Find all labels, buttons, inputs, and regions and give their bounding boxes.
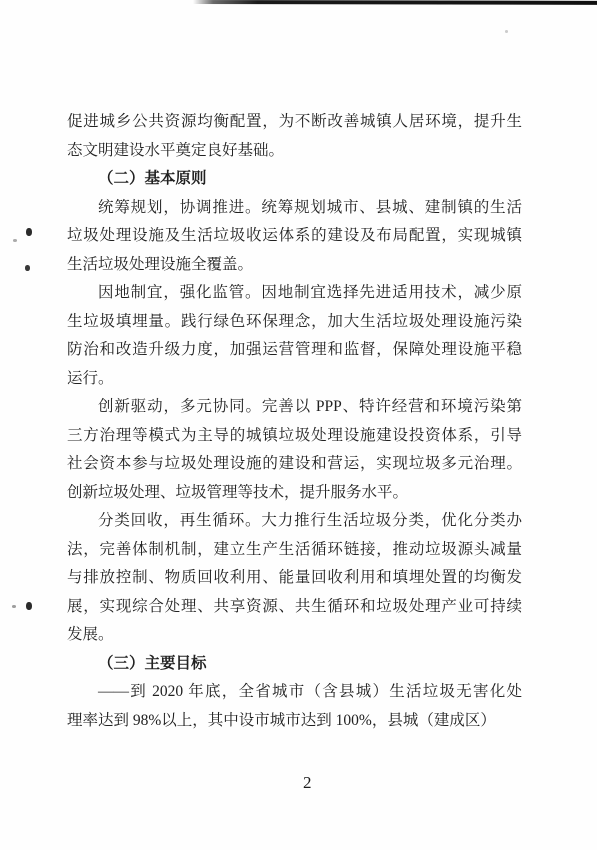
document-body: 促进城乡公共资源均衡配置，为不断改善城镇人居环境，提升生 态文明建设水平奠定良好… [67,108,522,735]
body-text-line: 态文明建设水平奠定良好基础。 [67,137,522,166]
scan-speck [26,602,32,610]
body-text-line: 促进城乡公共资源均衡配置，为不断改善城镇人居环境，提升生 [67,108,522,137]
body-text-line: 展，实现综合处理、共享资源、共生循环和垃圾处理产业可持续 [67,593,522,622]
scan-speck [25,265,30,271]
body-text-line: 生活垃圾处理设施全覆盖。 [67,251,522,280]
body-text-line: 发展。 [67,621,522,650]
body-text-line: 垃圾处理设施及生活垃圾收运体系的建设及布局配置，实现城镇 [67,222,522,251]
body-text-line: 与排放控制、物质回收利用、能量回收利用和填埋处置的均衡发 [67,564,522,593]
section-heading: （二）基本原则 [67,165,522,194]
body-text-line: 因地制宜，强化监管。因地制宜选择先进适用技术，减少原 [67,279,522,308]
scan-speck [26,228,32,236]
body-text-line: 生垃圾填埋量。践行绿色环保理念，加大生活垃圾处理设施污染 [67,308,522,337]
body-text-line: 法，完善体制机制，建立生产生活循环链接，推动垃圾源头减量 [67,536,522,565]
body-text-line: 理率达到 98%以上，其中设市城市达到 100%，县城（建成区） [67,707,522,736]
page-number: 2 [303,773,312,793]
body-text-line: 三方治理等模式为主导的城镇垃圾处理设施建设投资体系，引导 [67,422,522,451]
body-text-line: 防治和改造升级力度，加强运营管理和监督，保障处理设施平稳 [67,336,522,365]
body-text-line: 创新垃圾处理、垃圾管理等技术，提升服务水平。 [67,479,522,508]
body-text-line: 统筹规划，协调推进。统筹规划城市、县城、建制镇的生活 [67,194,522,223]
scan-speck [12,605,16,608]
section-heading: （三）主要目标 [67,650,522,679]
body-text-line: 社会资本参与垃圾处理设施的建设和营运，实现垃圾多元治理。 [67,450,522,479]
scan-speck [13,239,17,242]
body-text-line: 分类回收，再生循环。大力推行生活垃圾分类，优化分类办 [67,507,522,536]
document-page: 促进城乡公共资源均衡配置，为不断改善城镇人居环境，提升生 态文明建设水平奠定良好… [0,0,597,850]
scan-artifact-line [193,0,597,5]
body-text-line: 运行。 [67,365,522,394]
body-text-line: ——到 2020 年底，全省城市（含县城）生活垃圾无害化处 [67,678,522,707]
body-text-line: 创新驱动，多元协同。完善以 PPP、特许经营和环境污染第 [67,393,522,422]
scan-speck [505,30,508,33]
